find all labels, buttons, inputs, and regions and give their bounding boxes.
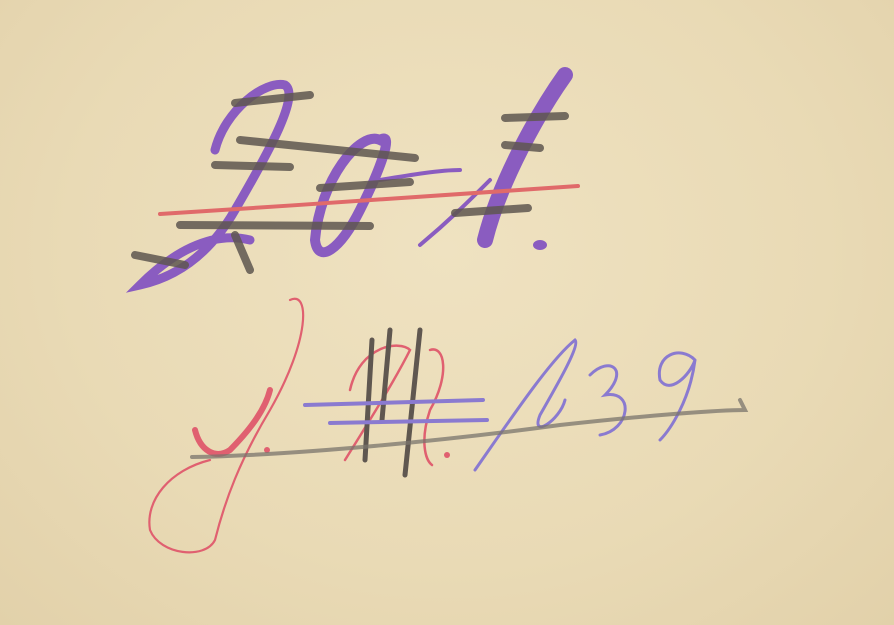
lower-new-value	[475, 340, 695, 470]
upper-mark-handwriting	[140, 75, 565, 285]
document-page: 201. G. #II b 39	[0, 0, 894, 625]
handwriting-layer	[0, 0, 894, 625]
lower-crossed-value	[305, 330, 487, 475]
lower-underline	[192, 400, 745, 457]
lower-prefix-handwriting	[149, 299, 303, 553]
